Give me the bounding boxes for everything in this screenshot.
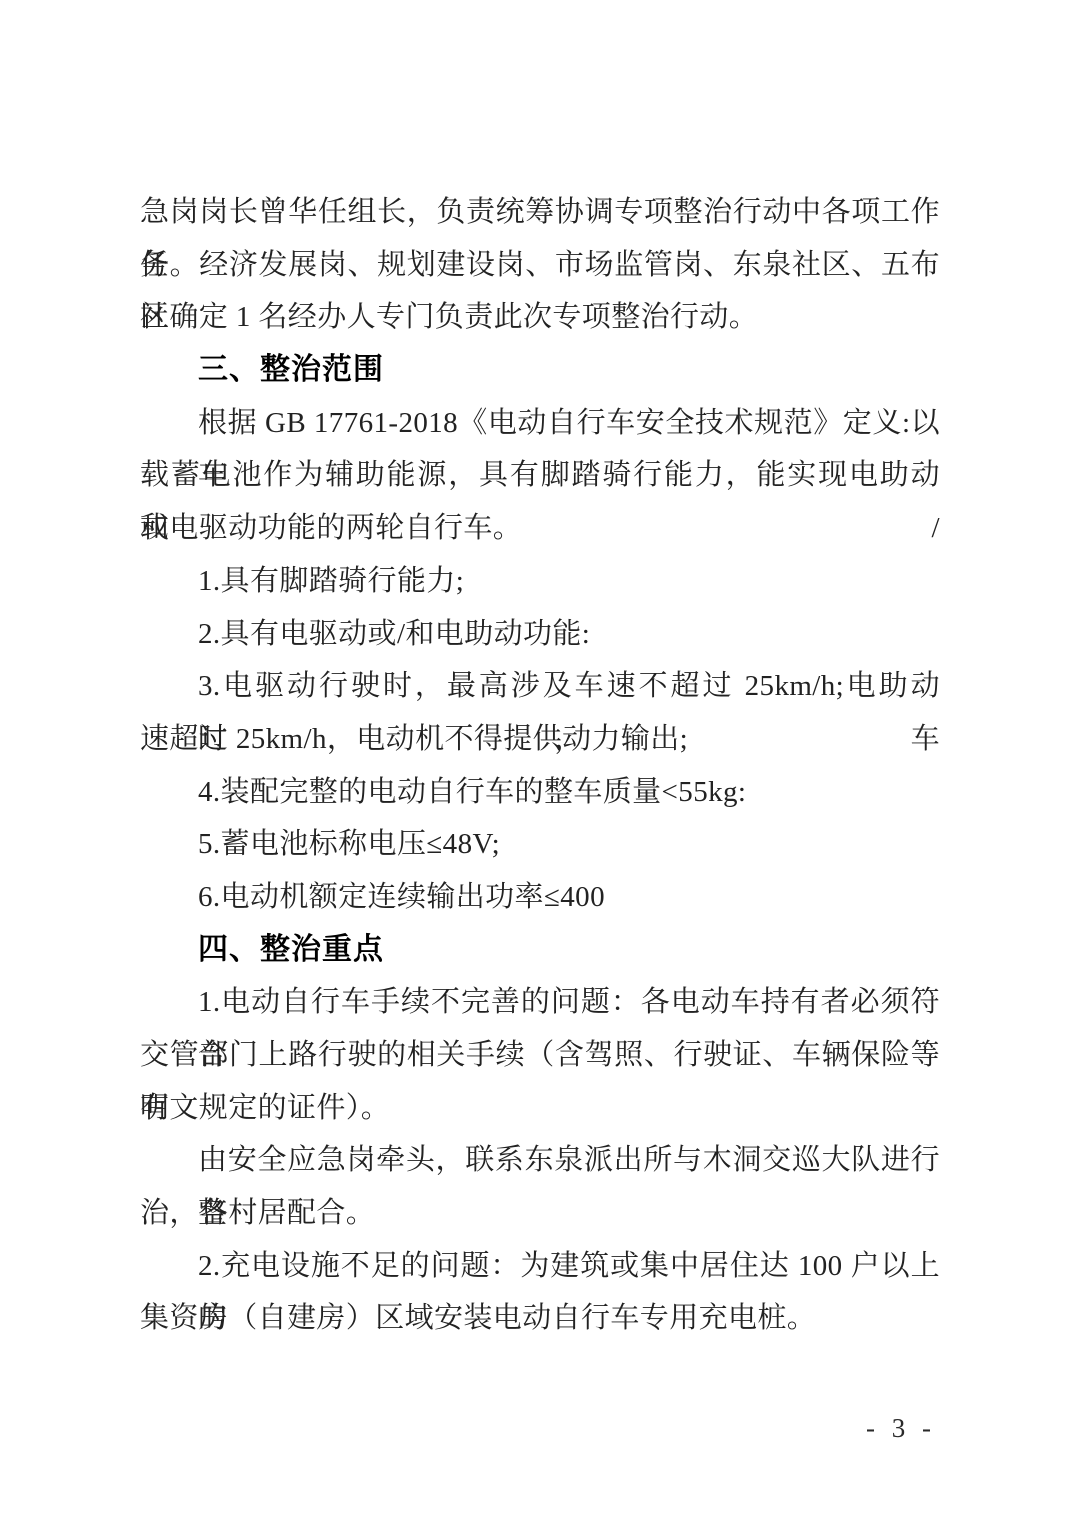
document-line: 4.装配完整的电动自行车的整车质量<55kg: <box>140 766 940 819</box>
document-line: 1.具有脚踏骑行能力; <box>140 555 940 608</box>
section-heading: 四、整治重点 <box>140 924 940 977</box>
document-page: 急岗岗长曾华任组长，负责统筹协调专项整治行动中各项工作任务。经济发展岗、规划建设… <box>0 0 1074 1520</box>
document-line: 务。经济发展岗、规划建设岗、市场监管岗、东泉社区、五布社 <box>140 239 940 292</box>
document-line: 治，各村居配合。 <box>140 1187 940 1240</box>
document-line: 5.蓄电池标称电压≤48V; <box>140 818 940 871</box>
document-line: 3.电驱动行驶时，最高涉及车速不超过 25km/h;电助动时，车 <box>140 660 940 713</box>
document-line: 2.具有电驱动或/和电助动功能: <box>140 608 940 661</box>
page-number: - 3 - <box>140 1408 936 1448</box>
document-line: 区确定 1 名经办人专门负责此次专项整治行动。 <box>140 291 940 344</box>
document-line: 交管部门上路行驶的相关手续（含驾照、行驶证、车辆保险等有 <box>140 1029 940 1082</box>
section-heading: 三、整治范围 <box>140 344 940 397</box>
document-line: 由安全应急岗牵头，联系东泉派出所与木洞交巡大队进行整 <box>140 1134 940 1187</box>
document-line: 急岗岗长曾华任组长，负责统筹协调专项整治行动中各项工作任 <box>140 186 940 239</box>
document-line: 1.电动自行车手续不完善的问题：各电动车持有者必须符合 <box>140 976 940 1029</box>
document-line: 明文规定的证件）。 <box>140 1082 940 1135</box>
document-line: 根据 GB 17761-2018《电动自行车安全技术规范》定义:以车 <box>140 397 940 450</box>
document-text-block: 急岗岗长曾华任组长，负责统筹协调专项整治行动中各项工作任务。经济发展岗、规划建设… <box>140 186 940 1345</box>
document-line: 6.电动机额定连续输出功率≤400 <box>140 871 940 924</box>
document-line: 集资房（自建房）区域安装电动自行车专用充电桩。 <box>140 1292 940 1345</box>
document-line: 2.充电设施不足的问题：为建筑或集中居住达 100 户以上的 <box>140 1240 940 1293</box>
document-line: 载蓄电池作为辅助能源，具有脚踏骑行能力，能实现电助动或/ <box>140 449 940 502</box>
